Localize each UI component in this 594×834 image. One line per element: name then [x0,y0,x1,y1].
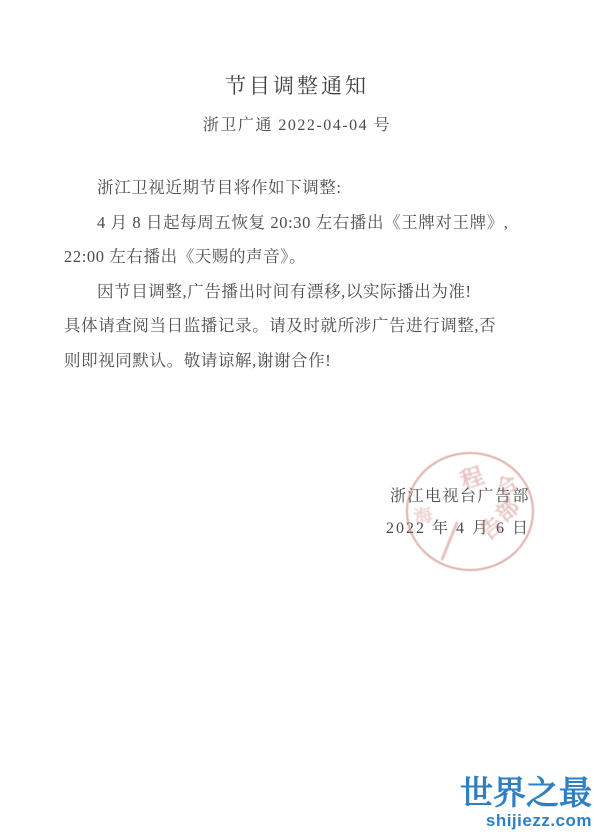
document-title: 节目调整通知 [0,70,594,100]
body-line: 因节目调整,广告播出时间有漂移,以实际播出为准! [64,275,536,310]
notice-document-page: 节目调整通知 浙卫广通 2022-04-04 号 浙江卫视近期节目将作如下调整:… [0,0,594,834]
body-line: 则即视同默认。敬请谅解,谢谢合作! [64,344,536,379]
body-line: 4 月 8 日起每周五恢复 20:30 左右播出《王牌对王牌》, [64,206,536,241]
signature-block: 浙江电视台广告部 2022 年 4 月 6 日 [386,481,530,545]
document-number: 浙卫广通 2022-04-04 号 [0,112,594,135]
document-body: 浙江卫视近期节目将作如下调整: 4 月 8 日起每周五恢复 20:30 左右播出… [64,171,536,378]
site-watermark: 世界之最 shijiezz.com [460,775,592,830]
signature-date: 2022 年 4 月 6 日 [386,513,530,545]
body-line: 22:00 左右播出《天赐的声音》。 [64,240,536,275]
body-line: 具体请查阅当日监播记录。请及时就所涉广告进行调整,否 [64,309,536,344]
watermark-logo-text: 世界之最 [460,775,592,811]
body-line: 浙江卫视近期节目将作如下调整: [64,171,536,206]
watermark-site-url: shijiezz.com [460,811,592,830]
signature-org: 浙江电视台广告部 [386,481,530,513]
